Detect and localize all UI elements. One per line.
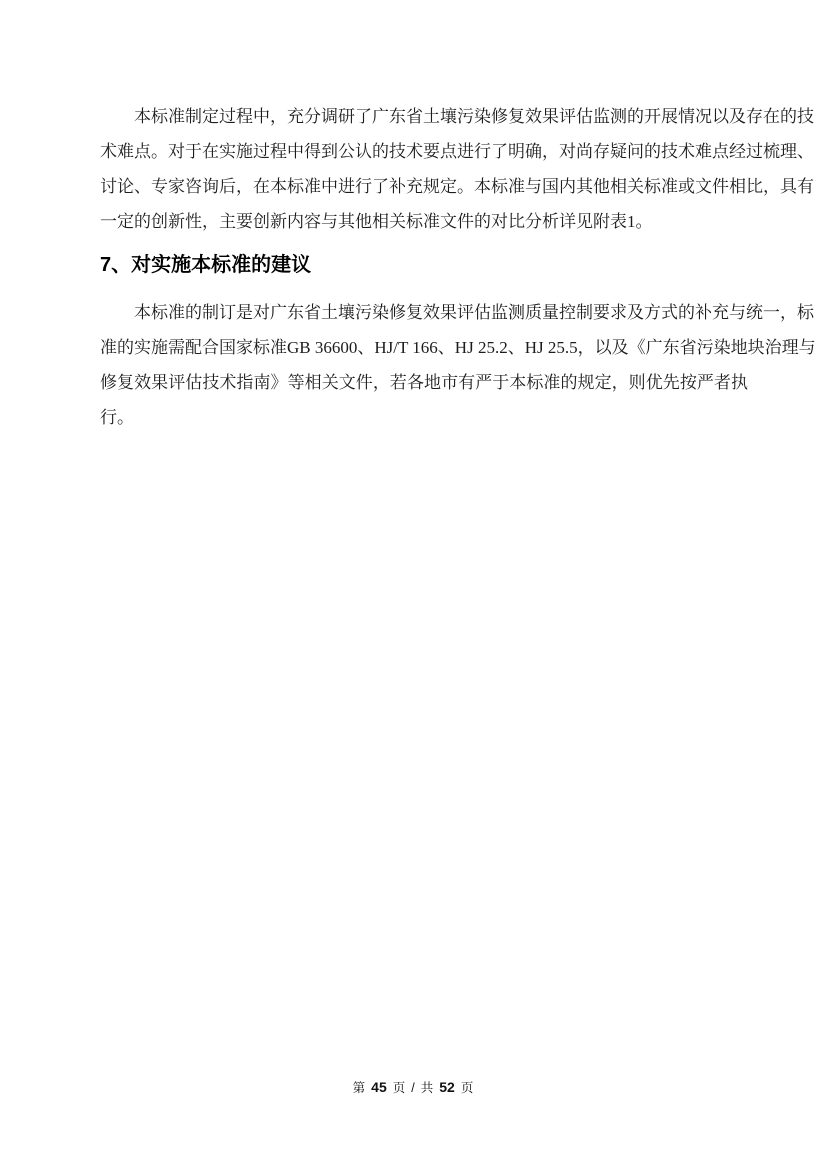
- footer-separator: /: [411, 1081, 414, 1095]
- page-footer: 第45页/共52页: [0, 1078, 826, 1096]
- footer-total-prefix: 共: [421, 1081, 434, 1095]
- body-paragraph: 本标准的制订是对广东省土壤污染修复效果评估监测质量控制要求及方式的补充与统一，标…: [100, 295, 748, 435]
- footer-page-prefix: 第: [353, 1081, 366, 1095]
- footer-page-unit: 页: [393, 1081, 406, 1095]
- intro-paragraph: 本标准制定过程中，充分调研了广东省土壤污染修复效果评估监测的开展情况以及存在的技…: [100, 99, 748, 239]
- text-line: 一定的创新性，主要创新内容与其他相关标准文件的对比分析详见附表1。: [100, 204, 748, 239]
- footer-total-unit: 页: [461, 1081, 474, 1095]
- text-line: 讨论、专家咨询后，在本标准中进行了补充规定。本标准与国内其他相关标准或文件相比，…: [100, 169, 748, 204]
- page-content: 本标准制定过程中，充分调研了广东省土壤污染修复效果评估监测的开展情况以及存在的技…: [100, 99, 748, 435]
- document-page: 本标准制定过程中，充分调研了广东省土壤污染修复效果评估监测的开展情况以及存在的技…: [0, 0, 826, 1169]
- footer-current-page: 45: [371, 1079, 387, 1095]
- footer-total-pages: 52: [439, 1079, 455, 1095]
- text-line: 本标准制定过程中，充分调研了广东省土壤污染修复效果评估监测的开展情况以及存在的技: [100, 99, 748, 134]
- text-line: 修复效果评估技术指南》等相关文件，若各地市有严于本标准的规定，则优先按严者执行。: [100, 365, 748, 435]
- section-heading: 7、对实施本标准的建议: [100, 252, 748, 279]
- text-line: 术难点。对于在实施过程中得到公认的技术要点进行了明确，对尚存疑问的技术难点经过梳…: [100, 134, 748, 169]
- text-line: 准的实施需配合国家标准GB 36600、HJ/T 166、HJ 25.2、HJ …: [100, 330, 748, 365]
- text-line: 本标准的制订是对广东省土壤污染修复效果评估监测质量控制要求及方式的补充与统一，标: [100, 295, 748, 330]
